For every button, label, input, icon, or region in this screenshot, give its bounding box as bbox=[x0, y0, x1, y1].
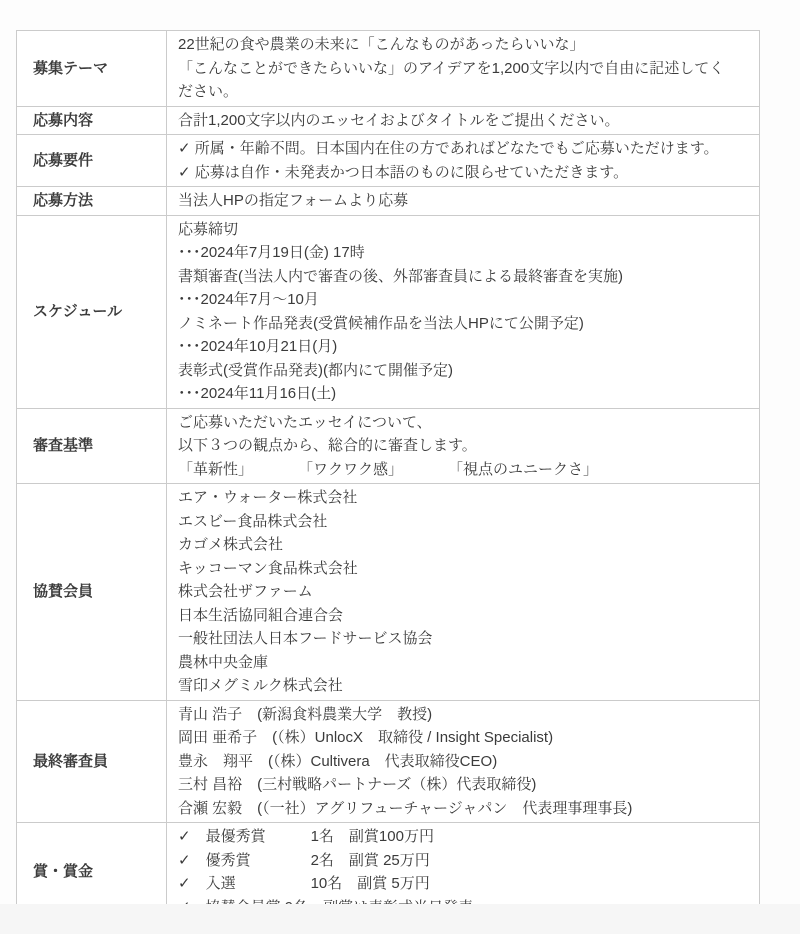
page: 募集テーマ 22世紀の食や農業の未来に「こんなものがあったらいいな」 「こんなこ… bbox=[0, 0, 800, 934]
table-row: 応募内容 合計1,200文字以内のエッセイおよびタイトルをご提出ください。 bbox=[17, 106, 760, 135]
table-row: スケジュール 応募締切 ･･･2024年7月19日(金) 17時 書類審査(当法… bbox=[17, 215, 760, 408]
table-row: 募集テーマ 22世紀の食や農業の未来に「こんなものがあったらいいな」 「こんなこ… bbox=[17, 31, 760, 107]
table-row: 協賛会員 エア・ウォーター株式会社 エスビー食品株式会社 カゴメ株式会社 キッコ… bbox=[17, 484, 760, 701]
contest-guidelines-table: 募集テーマ 22世紀の食や農業の未来に「こんなものがあったらいいな」 「こんなこ… bbox=[16, 30, 760, 922]
row-label-criteria: 審査基準 bbox=[17, 408, 167, 484]
row-label-schedule: スケジュール bbox=[17, 215, 167, 408]
row-content-theme: 22世紀の食や農業の未来に「こんなものがあったらいいな」 「こんなことができたら… bbox=[167, 31, 760, 107]
footer-band bbox=[0, 904, 800, 934]
row-label-theme: 募集テーマ bbox=[17, 31, 167, 107]
table-row: 応募要件 ✓ 所属・年齢不問。日本国内在住の方であればどなたでもご応募いただけま… bbox=[17, 135, 760, 187]
row-content-entry-content: 合計1,200文字以内のエッセイおよびタイトルをご提出ください。 bbox=[167, 106, 760, 135]
table-row: 応募方法 当法人HPの指定フォームより応募 bbox=[17, 187, 760, 216]
row-label-requirements: 応募要件 bbox=[17, 135, 167, 187]
row-content-schedule: 応募締切 ･･･2024年7月19日(金) 17時 書類審査(当法人内で審査の後… bbox=[167, 215, 760, 408]
row-label-how-to-apply: 応募方法 bbox=[17, 187, 167, 216]
table-row: 最終審査員 青山 浩子 (新潟食料農業大学 教授) 岡田 亜希子 (（株）Unl… bbox=[17, 700, 760, 823]
row-content-requirements: ✓ 所属・年齢不問。日本国内在住の方であればどなたでもご応募いただけます。 ✓ … bbox=[167, 135, 760, 187]
row-label-entry-content: 応募内容 bbox=[17, 106, 167, 135]
row-label-sponsors: 協賛会員 bbox=[17, 484, 167, 701]
row-content-how-to-apply: 当法人HPの指定フォームより応募 bbox=[167, 187, 760, 216]
row-content-criteria: ご応募いただいたエッセイについて、 以下３つの観点から、総合的に審査します。 「… bbox=[167, 408, 760, 484]
row-content-sponsors: エア・ウォーター株式会社 エスビー食品株式会社 カゴメ株式会社 キッコーマン食品… bbox=[167, 484, 760, 701]
row-label-judges: 最終審査員 bbox=[17, 700, 167, 823]
table-row: 審査基準 ご応募いただいたエッセイについて、 以下３つの観点から、総合的に審査し… bbox=[17, 408, 760, 484]
row-content-judges: 青山 浩子 (新潟食料農業大学 教授) 岡田 亜希子 (（株）UnlocX 取締… bbox=[167, 700, 760, 823]
